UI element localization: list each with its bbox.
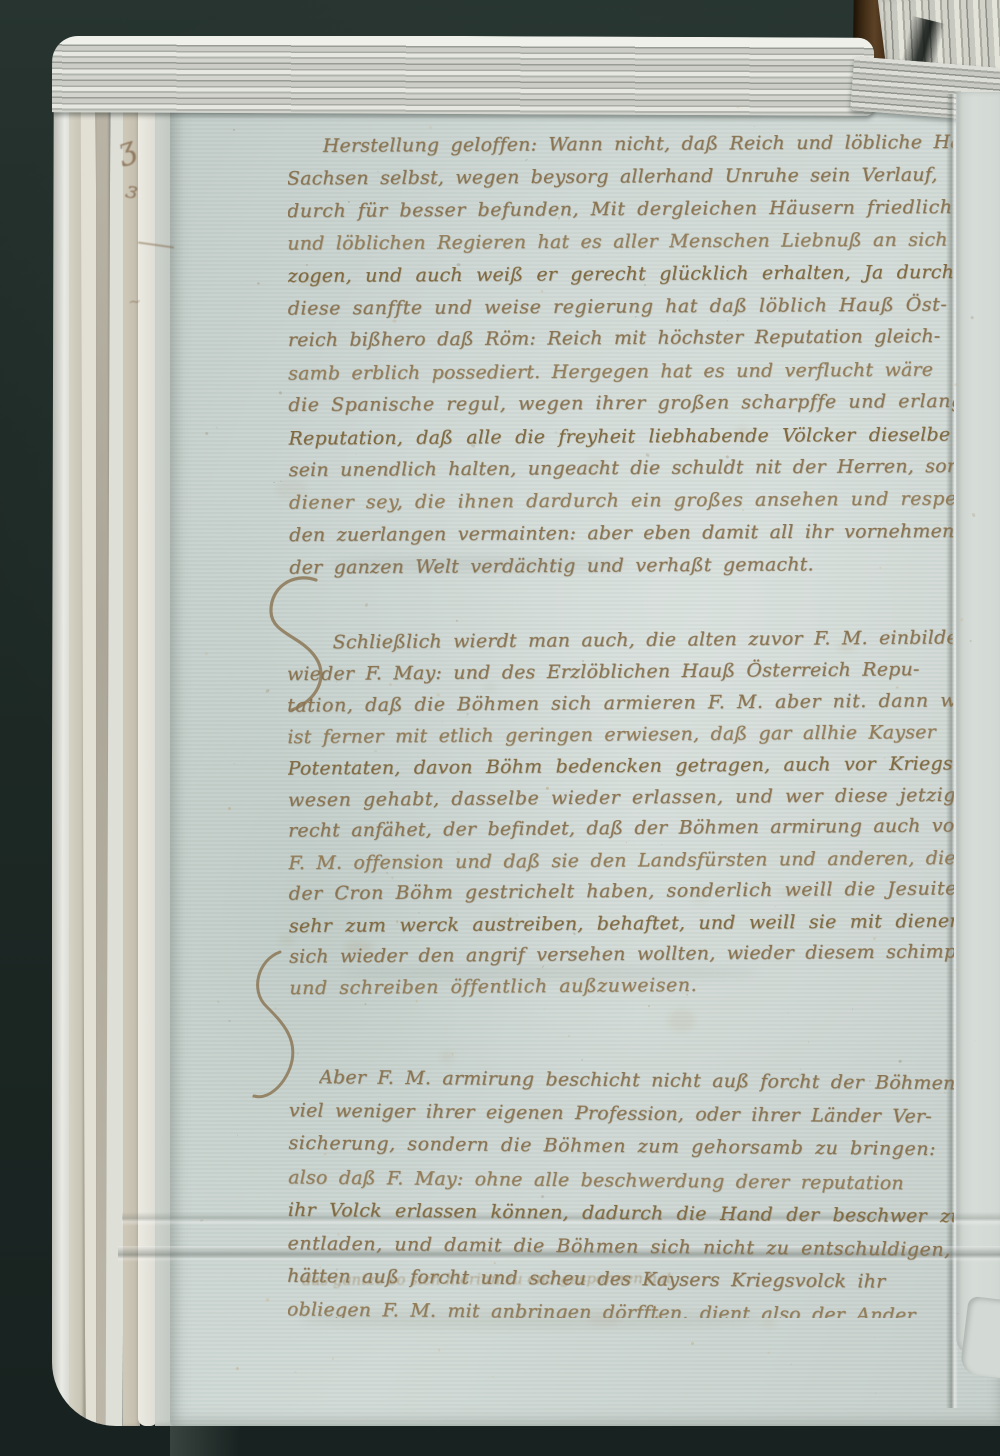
manuscript-line: Reputation, daß alle die freyheit liebha…	[288, 418, 954, 454]
manuscript-line: Potentaten, davon Böhm bedencken getrage…	[288, 748, 954, 785]
manuscript-line: recht anfähet, der befindet, daß der Böh…	[288, 811, 954, 848]
paper-fibre-speck	[874, 1337, 876, 1338]
manuscript-line: Herstellung geloffen: Wann nicht, daß Re…	[323, 128, 953, 162]
manuscript-line: entladen, und damit die Böhmen sich nich…	[288, 1227, 954, 1267]
manuscript-line: zogen, und auch weiß er gerecht glücklic…	[288, 256, 954, 292]
manuscript-line: wieder F. May: und des Erzlöblichen Hauß…	[288, 655, 953, 692]
manuscript-line: sehr zum werck austreiben, behaftet, und…	[289, 906, 954, 943]
paper-fibre-speck	[438, 1348, 440, 1351]
manuscript-line: wesen gehabt, dasselbe wieder erlassen, …	[288, 780, 954, 817]
initial-flourish-icon	[246, 948, 310, 1112]
edge-ink-mark: ~	[127, 291, 142, 311]
manuscript-line: also daß F. May: ohne alle beschwerdung …	[288, 1161, 954, 1201]
manuscript-line: ist ferner mit etlich geringen erwiesen,…	[288, 718, 954, 755]
manuscript-line: den zuerlangen vermainten: aber eben dam…	[289, 515, 954, 551]
paper-fibre-speck	[969, 640, 971, 642]
paper-fibre-speck	[228, 807, 231, 810]
manuscript-line: durch für besser befunden, Mit dergleich…	[288, 191, 953, 227]
show-through-smudge	[340, 966, 760, 980]
manuscript-line: samb erblich possediert. Hergegen hat es…	[288, 353, 954, 389]
manuscript-paragraph-1: Herstellung geloffen: Wann nicht, daß Re…	[288, 128, 954, 583]
paper-fibre-speck	[228, 1019, 231, 1022]
manuscript-line: reich bißhero daß Röm: Reich mit höchste…	[288, 320, 954, 356]
initial-flourish-icon	[258, 572, 332, 714]
manuscript-line: Aber F. M. armirung beschicht nicht auß …	[319, 1061, 954, 1100]
manuscript-line: Sachsen selbst, wegen beysorg allerhand …	[288, 159, 953, 195]
manuscript-paragraph-2: Schließlich wierdt man auch, die alten z…	[288, 623, 954, 1005]
manuscript-line: diese sanffte und weise regierung hat da…	[288, 289, 954, 325]
paper-fibre-speck	[295, 1370, 297, 1372]
manuscript-line: der Cron Böhm gestrichelt haben, sonderl…	[289, 874, 954, 911]
manuscript-line: Schließlich wierdt man auch, die alten z…	[333, 623, 953, 659]
facing-leaf-strip	[956, 92, 1000, 1354]
manuscript-line: tation, daß die Böhmen sich armieren F. …	[288, 686, 953, 723]
manuscript-line: und löblichen Regieren hat es aller Mens…	[288, 224, 953, 260]
handwritten-text-block: Herstellung geloffen: Wann nicht, daß Re…	[288, 128, 954, 1318]
paper-fibre-speck	[754, 126, 755, 127]
manuscript-line: die Spanische regul, wegen ihrer großen …	[288, 385, 954, 421]
paper-fibre-speck	[970, 315, 973, 318]
show-through-text: das gantze so sich hierinn zu end gespon…	[302, 1269, 732, 1289]
manuscript-photo-scene: Herstellung geloffen: Wann nicht, daß Re…	[0, 0, 1000, 1456]
manuscript-line: sein unendlich halten, ungeacht die schu…	[289, 450, 954, 486]
manuscript-line: diener sey, die ihnen dardurch ein große…	[289, 483, 954, 519]
show-through-smudge	[330, 556, 630, 572]
manuscript-line: F. M. offension und daß sie den Landsfür…	[288, 843, 954, 880]
top-edge-page-stack	[52, 36, 874, 116]
show-through-smudge	[300, 1310, 760, 1328]
paper-fibre-speck	[205, 432, 208, 435]
manuscript-line: viel weniger ihrer eigenen Profession, o…	[289, 1095, 954, 1135]
